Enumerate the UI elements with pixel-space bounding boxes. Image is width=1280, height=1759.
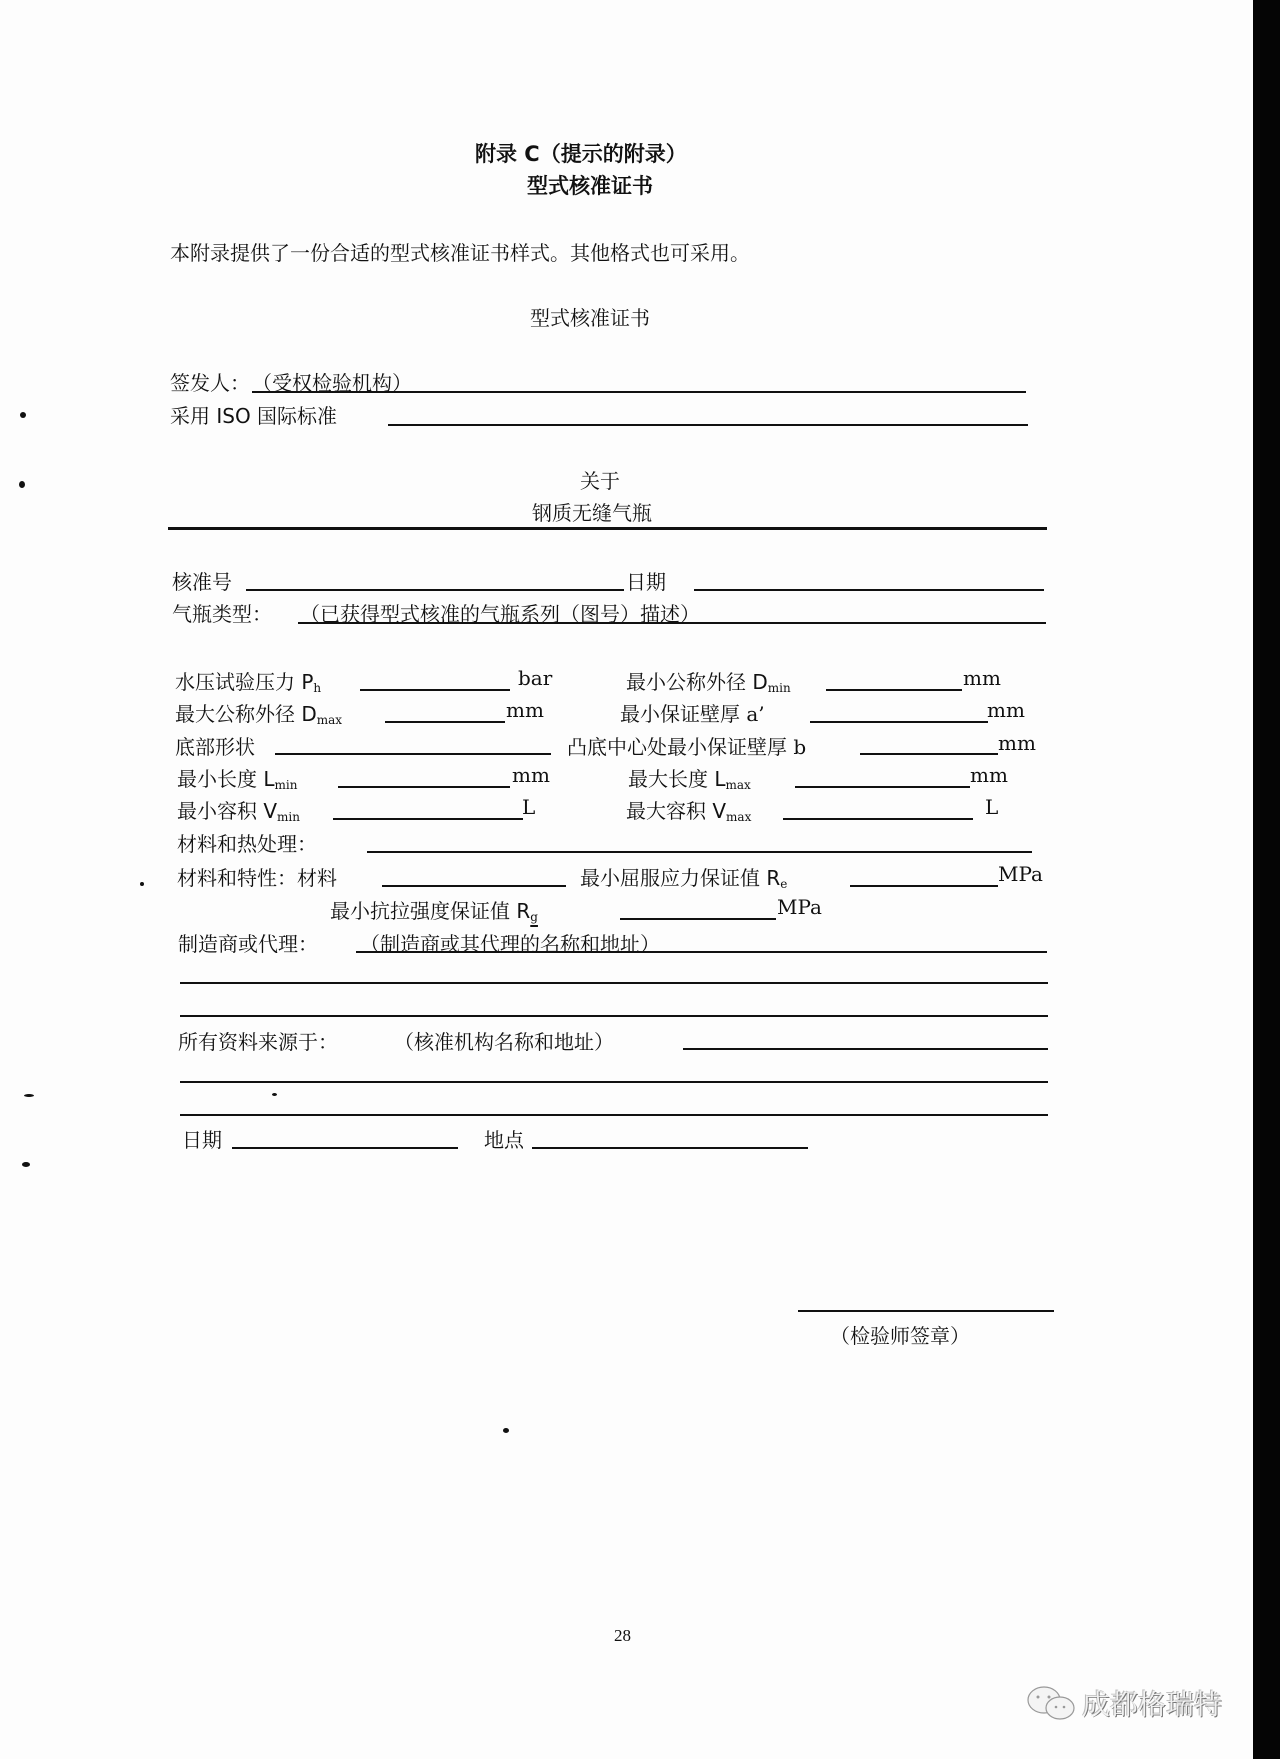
cylinder-type-field[interactable] bbox=[298, 622, 1046, 624]
source-field-line-3[interactable] bbox=[180, 1114, 1048, 1116]
yield-strength-field[interactable] bbox=[850, 885, 998, 887]
signature-line[interactable] bbox=[798, 1310, 1054, 1312]
max-diameter-field[interactable] bbox=[385, 721, 505, 723]
manufacturer-field-line-3[interactable] bbox=[180, 1015, 1048, 1017]
min-volume-label: 最小容积 Vmin bbox=[177, 795, 300, 824]
appendix-title: 附录 C（提示的附录） bbox=[475, 138, 687, 168]
min-diameter-field[interactable] bbox=[826, 689, 962, 691]
tensile-strength-label: 最小抗拉强度保证值 Rg bbox=[330, 895, 538, 924]
approval-date-field[interactable] bbox=[694, 589, 1044, 591]
material-field[interactable] bbox=[382, 885, 566, 887]
issuer-label: 签发人： bbox=[170, 367, 250, 396]
about-label: 关于 bbox=[580, 465, 620, 494]
approval-number-label: 核准号 bbox=[172, 566, 232, 595]
yield-strength-label: 最小屈服应力保证值 Re bbox=[580, 862, 787, 891]
scan-speck bbox=[19, 481, 25, 488]
issue-place-field[interactable] bbox=[532, 1147, 808, 1149]
base-wall-unit: mm bbox=[998, 731, 1036, 755]
iso-label: 采用 ISO 国际标准 bbox=[170, 400, 337, 429]
watermark-text: 成都格瑞特 bbox=[1082, 1683, 1222, 1723]
min-wall-unit: mm bbox=[987, 698, 1025, 722]
base-shape-label: 底部形状 bbox=[175, 731, 255, 760]
manufacturer-field[interactable] bbox=[356, 951, 1047, 953]
document-page: 附录 C（提示的附录） 型式核准证书 本附录提供了一份合适的型式核准证书样式。其… bbox=[0, 0, 1253, 1759]
manufacturer-label: 制造商或代理： bbox=[178, 928, 318, 957]
issue-place-label: 地点 bbox=[484, 1124, 524, 1153]
scan-edge bbox=[1253, 0, 1280, 1759]
test-pressure-field[interactable] bbox=[360, 689, 510, 691]
max-diameter-unit: mm bbox=[506, 698, 544, 722]
min-length-label: 最小长度 Lmin bbox=[177, 763, 297, 792]
max-volume-field[interactable] bbox=[783, 818, 973, 820]
test-pressure-label: 水压试验压力 Ph bbox=[175, 666, 321, 695]
scan-speck bbox=[22, 1162, 30, 1167]
test-pressure-unit: bar bbox=[518, 666, 552, 690]
min-wall-field[interactable] bbox=[810, 721, 988, 723]
max-diameter-label: 最大公称外径 Dmax bbox=[175, 698, 342, 727]
max-length-label: 最大长度 Lmax bbox=[628, 763, 751, 792]
min-length-field[interactable] bbox=[338, 786, 510, 788]
certificate-title: 型式核准证书 bbox=[530, 302, 650, 331]
scan-speck bbox=[20, 412, 26, 418]
scan-speck bbox=[272, 1093, 277, 1096]
page-number: 28 bbox=[614, 1626, 631, 1646]
max-length-unit: mm bbox=[970, 763, 1008, 787]
tensile-strength-field[interactable] bbox=[620, 918, 776, 920]
intro-paragraph: 本附录提供了一份合适的型式核准证书样式。其他格式也可采用。 bbox=[170, 237, 750, 266]
min-diameter-label: 最小公称外径 Dmin bbox=[626, 666, 791, 695]
tensile-strength-unit: MPa bbox=[777, 895, 822, 919]
min-length-unit: mm bbox=[512, 763, 550, 787]
approval-date-label: 日期 bbox=[626, 566, 666, 595]
heat-treatment-label: 材料和热处理： bbox=[177, 828, 317, 857]
scan-speck bbox=[503, 1428, 509, 1433]
max-volume-label: 最大容积 Vmax bbox=[626, 795, 751, 824]
base-wall-label: 凸底中心处最小保证壁厚 b bbox=[567, 731, 806, 760]
section-divider bbox=[168, 527, 1047, 530]
max-volume-unit: L bbox=[985, 795, 998, 819]
heat-treatment-field[interactable] bbox=[367, 851, 1032, 853]
appendix-subtitle: 型式核准证书 bbox=[527, 170, 653, 200]
cylinder-type-label: 气瓶类型： bbox=[172, 598, 272, 627]
issue-date-label: 日期 bbox=[182, 1124, 222, 1153]
min-wall-label: 最小保证壁厚 a’ bbox=[620, 698, 765, 727]
base-wall-field[interactable] bbox=[860, 753, 998, 755]
min-volume-field[interactable] bbox=[333, 818, 523, 820]
manufacturer-field-line-2[interactable] bbox=[180, 982, 1048, 984]
source-value: （核准机构名称和地址） bbox=[394, 1026, 614, 1055]
source-label: 所有资料来源于： bbox=[178, 1026, 338, 1055]
max-length-field[interactable] bbox=[795, 786, 970, 788]
wechat-icon bbox=[1026, 1684, 1080, 1724]
inspector-signature-label: （检验师签章） bbox=[830, 1320, 970, 1349]
about-subject: 钢质无缝气瓶 bbox=[532, 497, 652, 526]
source-field-line-2[interactable] bbox=[180, 1081, 1048, 1083]
base-shape-field[interactable] bbox=[275, 753, 551, 755]
min-volume-unit: L bbox=[522, 795, 535, 819]
source-field[interactable] bbox=[683, 1048, 1048, 1050]
issuer-field-line[interactable] bbox=[252, 391, 1026, 393]
material-label: 材料和特性：材料 bbox=[177, 862, 337, 891]
yield-strength-unit: MPa bbox=[998, 862, 1043, 886]
min-diameter-unit: mm bbox=[963, 666, 1001, 690]
iso-field-line[interactable] bbox=[388, 424, 1028, 426]
approval-number-field[interactable] bbox=[246, 589, 624, 591]
issue-date-field[interactable] bbox=[232, 1147, 458, 1149]
scan-speck bbox=[140, 882, 144, 886]
scan-speck bbox=[24, 1094, 34, 1097]
